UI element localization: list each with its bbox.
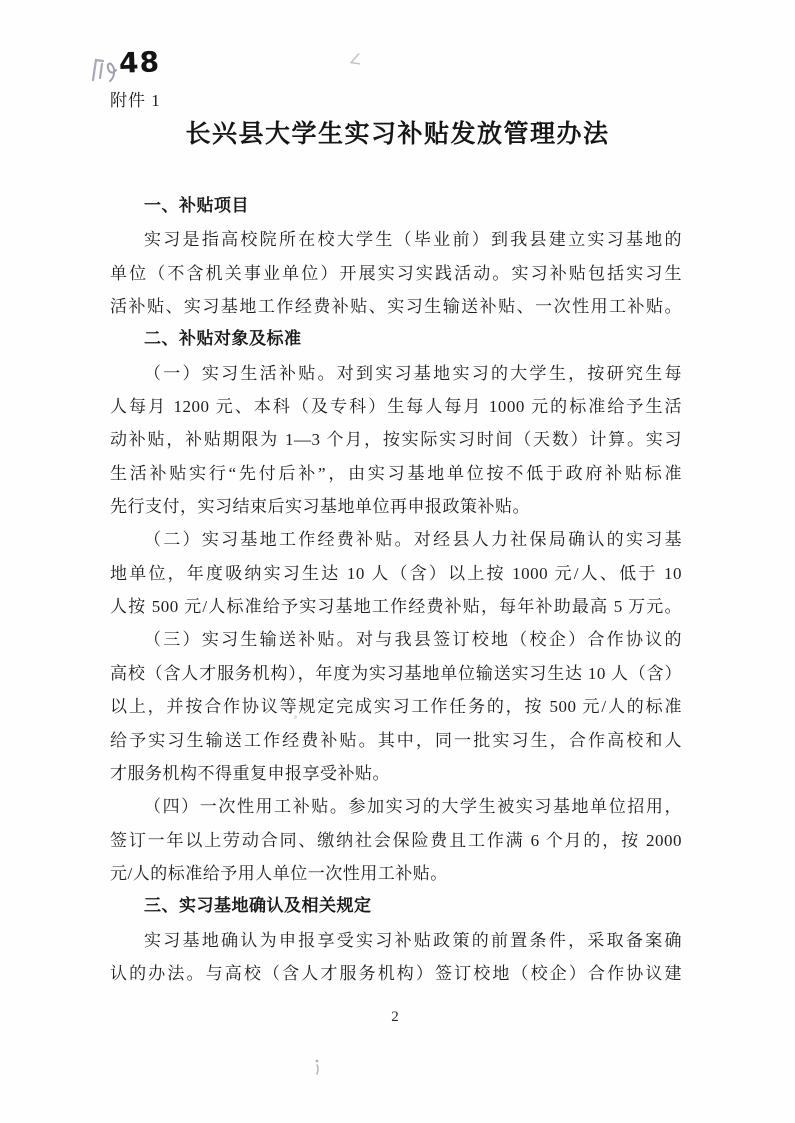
smudge-mark: [312, 1058, 324, 1078]
doc-line: 高校（含人才服务机构），年度为实习基地单位输送实习生达 10 人（含）: [110, 657, 682, 690]
section-heading-3: 三、实习基地确认及相关规定: [110, 890, 682, 923]
document-body: 一、补贴项目 实习是指高校院所在校大学生（毕业前）到我县建立实习基地的 单位（不…: [110, 190, 682, 990]
doc-line: 元/人的标准给予用人单位一次性用工补贴。: [110, 857, 682, 890]
document-title: 长兴县大学生实习补贴发放管理办法: [0, 114, 795, 150]
section-heading-1: 一、补贴项目: [110, 190, 682, 223]
doc-line: 才服务机构不得重复申报享受补贴。: [110, 757, 682, 790]
pencil-check-mark: ∠: [348, 49, 364, 69]
doc-line: （四）一次性用工补贴。参加实习的大学生被实习基地单位招用，: [110, 790, 682, 823]
doc-line: 认的办法。与高校（含人才服务机构）签订校地（校企）合作协议建: [110, 957, 682, 990]
doc-line: 实习基地确认为申报享受实习补贴政策的前置条件，采取备案确: [110, 924, 682, 957]
doc-line: （二）实习基地工作经费补贴。对经县人力社保局确认的实习基: [110, 523, 682, 556]
handwritten-folio-number: 48: [118, 45, 160, 79]
doc-line: 活补贴、实习基地工作经费补贴、实习生输送补贴、一次性用工补贴。: [110, 290, 682, 323]
doc-line: 签订一年以上劳动合同、缴纳社会保险费且工作满 6 个月的，按 2000: [110, 824, 682, 857]
document-page: 48 ∠ 附件 1 长兴县大学生实习补贴发放管理办法 一、补贴项目 实习是指高校…: [0, 0, 795, 1123]
scan-speck: [294, 715, 297, 719]
doc-line: 先行支付，实习结束后实习基地单位再申报政策补贴。: [110, 490, 682, 523]
doc-line: 人每月 1200 元、本科（及专科）生每人每月 1000 元的标准给予生活: [110, 390, 682, 423]
doc-line: 动补贴，补贴期限为 1—3 个月，按实际实习时间（天数）计算。实习: [110, 423, 682, 456]
doc-line: （一）实习生活补贴。对到实习基地实习的大学生，按研究生每: [110, 357, 682, 390]
doc-line: 实习是指高校院所在校大学生（毕业前）到我县建立实习基地的: [110, 223, 682, 256]
doc-line: 给予实习生输送工作经费补贴。其中，同一批实习生，合作高校和人: [110, 724, 682, 757]
doc-line: （三）实习生输送补贴。对与我县签订校地（校企）合作协议的: [110, 623, 682, 656]
attachment-label: 附件 1: [110, 86, 161, 111]
doc-line: 生活补贴实行“先付后补”，由实习基地单位按不低于政府补贴标准: [110, 457, 682, 490]
doc-line: 以上，并按合作协议等规定完成实习工作任务的，按 500 元/人的标准: [110, 690, 682, 723]
doc-line: 人按 500 元/人标准给予实习基地工作经费补贴，每年补助最高 5 万元。: [110, 590, 682, 623]
section-heading-2: 二、补贴对象及标准: [110, 323, 682, 356]
doc-line: 单位（不含机关事业单位）开展实习实践活动。实习补贴包括实习生: [110, 257, 682, 290]
page-number: 2: [0, 1009, 790, 1026]
doc-line: 地单位，年度吸纳实习生达 10 人（含）以上按 1000 元/人、低于 10: [110, 557, 682, 590]
